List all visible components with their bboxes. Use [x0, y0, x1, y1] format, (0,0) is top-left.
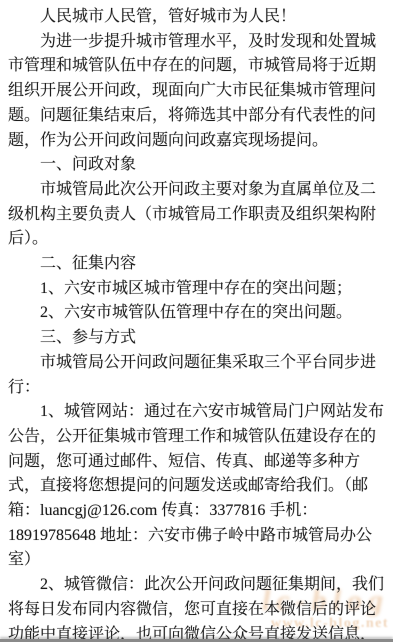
section-2-heading: 二、征集内容	[8, 252, 385, 277]
collection-item-1: 1、六安市城区城市管理中存在的突出问题；	[8, 277, 385, 302]
section-3-intro: 市城管局公开问政问题征集采取三个平台同步进行：	[8, 351, 385, 400]
platform-2-wechat: 2、城管微信：此次公开问政问题征集期间，我们将每日发布同内容微信，您可直接在本微…	[8, 573, 385, 642]
section-1-heading: 一、问政对象	[8, 153, 385, 178]
document-page: 人民城市人民管，管好城市为人民！ 为进一步提升城市管理水平，及时发现和处置城市管…	[0, 0, 393, 642]
platform-1-website: 1、城管网站：通过在六安市城管局门户网站发布公告，公开征集城市管理工作和城管队伍…	[8, 400, 385, 573]
collection-item-2: 2、六安市城管队伍管理中存在的突出问题。	[8, 301, 385, 326]
intro-paragraph: 为进一步提升城市管理水平，及时发现和处置城市管理和城管队伍中存在的问题，市城管局…	[8, 30, 385, 154]
section-3-heading: 三、参与方式	[8, 326, 385, 351]
section-1-body: 市城管局此次公开问政主要对象为直属单位及二级机构主要负责人（市城管局工作职责及组…	[8, 178, 385, 252]
slogan-line: 人民城市人民管，管好城市为人民！	[8, 5, 385, 30]
